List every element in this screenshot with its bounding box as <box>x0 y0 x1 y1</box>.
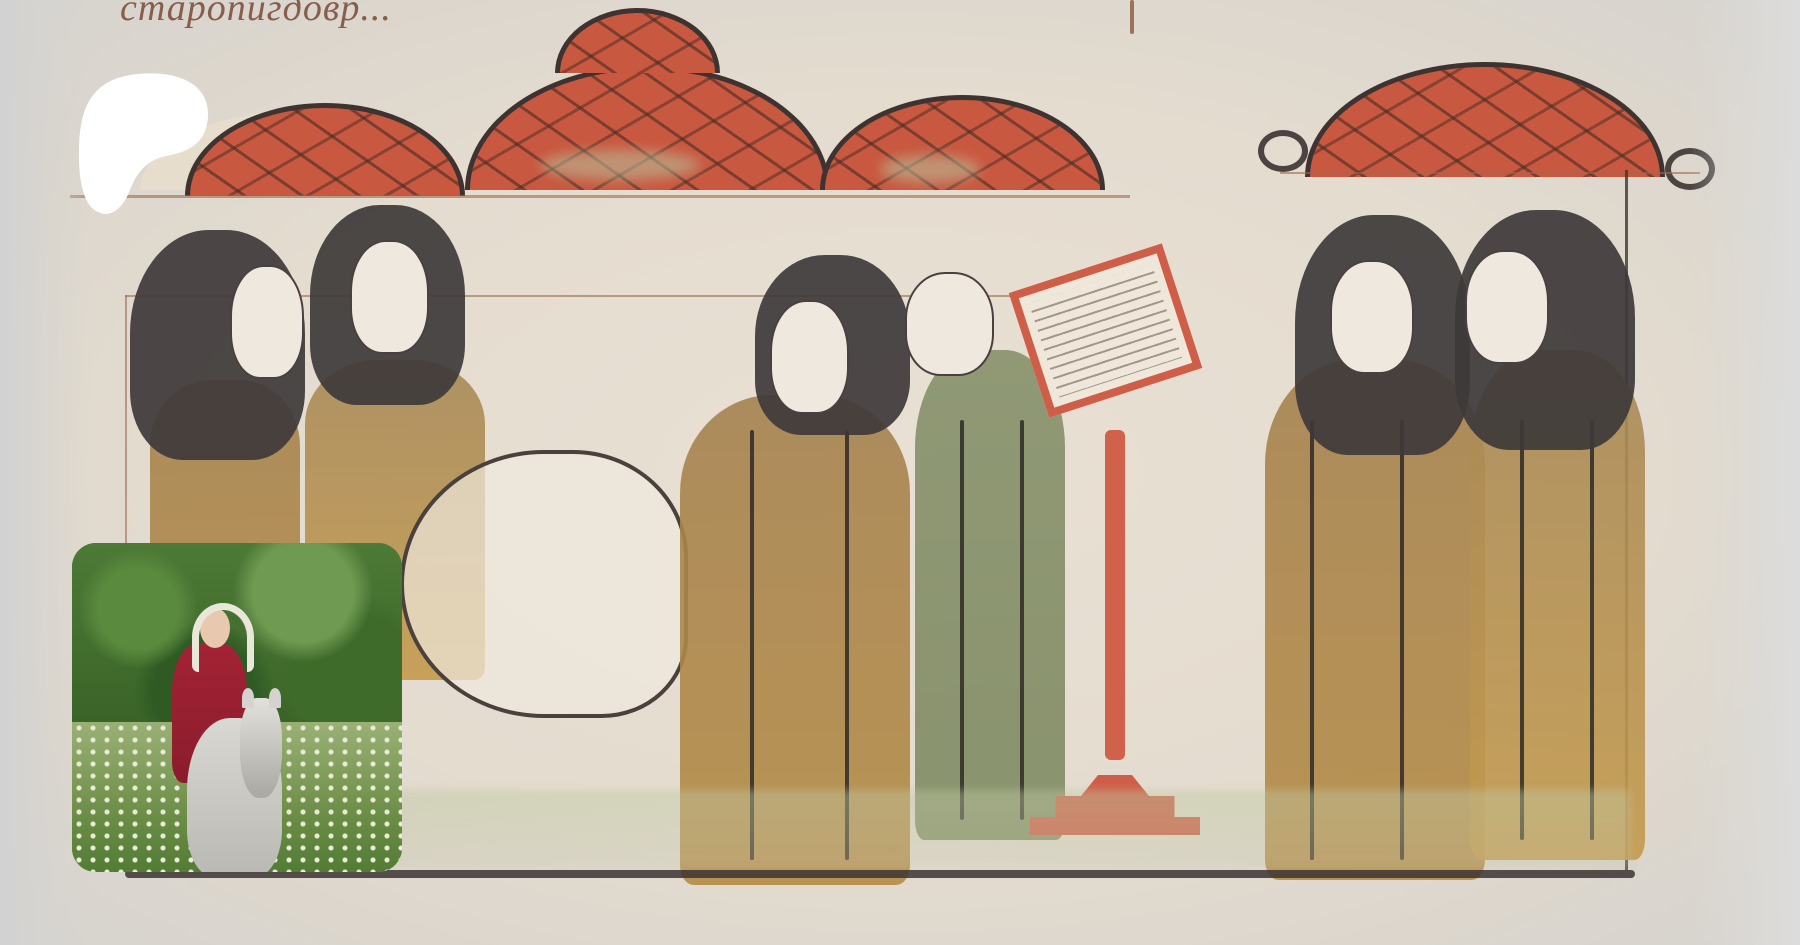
figure-horse <box>400 450 688 718</box>
dome-1 <box>185 103 465 196</box>
manuscript-script-text: старопигдовр... <box>120 0 392 30</box>
site-logo[interactable] <box>78 72 211 217</box>
photo-rider-veil <box>192 603 254 672</box>
photo-card-rider[interactable] <box>72 543 402 872</box>
dome-top <box>555 8 720 73</box>
photo-horse-ear <box>242 688 254 708</box>
photo-horse-ear <box>269 688 281 708</box>
logo-blob-icon <box>78 72 211 217</box>
manuscript-script-mark <box>1130 0 1134 34</box>
photo-horse-head <box>240 698 282 798</box>
dome-4 <box>1305 62 1665 177</box>
